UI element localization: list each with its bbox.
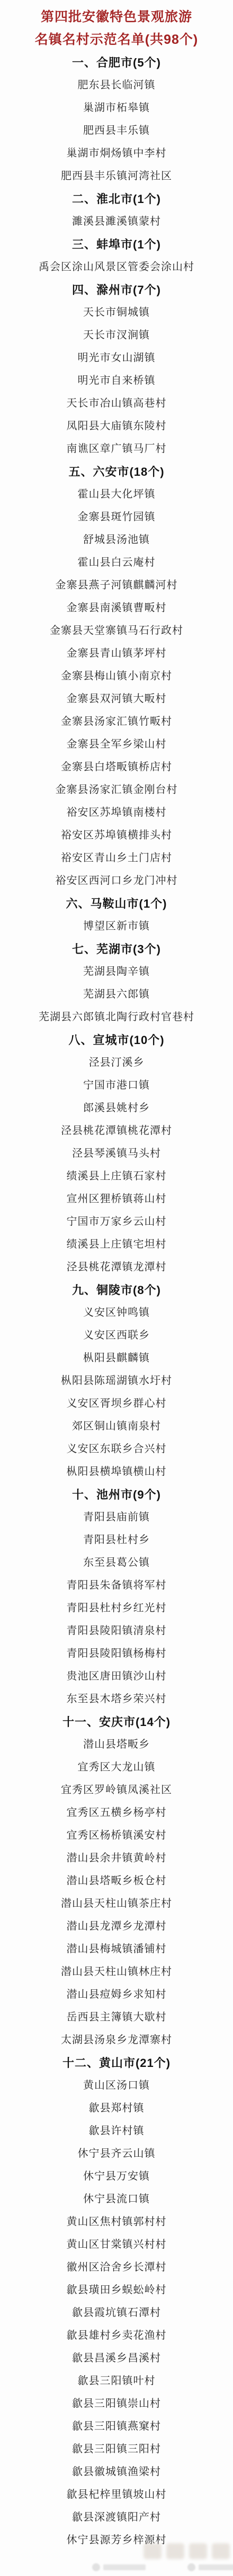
list-item: 天长市汊涧镇 — [0, 324, 233, 347]
list-item: 黄山区甘棠镇兴村村 — [0, 2233, 233, 2256]
list-item: 泾县桃花潭镇桃花潭村 — [0, 1120, 233, 1142]
watermark-glyph — [189, 2543, 207, 2559]
list-item: 金寨县汤家汇镇金刚台村 — [0, 779, 233, 801]
section-header: 六、马鞍山市(1个) — [0, 892, 233, 915]
list-item: 肥东县长临河镇 — [0, 74, 233, 97]
section-header: 二、淮北市(1个) — [0, 188, 233, 210]
list-item: 金寨县双河镇大畈村 — [0, 688, 233, 710]
list-item: 青阳县朱备镇将军村 — [0, 1574, 233, 1597]
section-header: 八、宣城市(10个) — [0, 1029, 233, 1051]
list-item: 潜山县塔畈乡板仓村 — [0, 1870, 233, 1892]
list-item: 泾县琴溪镇马头村 — [0, 1142, 233, 1165]
list-item: 金寨县青山镇茅坪村 — [0, 642, 233, 665]
list-item: 裕安区西河口乡龙门冲村 — [0, 870, 233, 892]
watermark-glyph — [212, 2543, 230, 2559]
list-item: 霍山县白云庵村 — [0, 551, 233, 574]
list-item: 金寨县南溪镇曹畈村 — [0, 597, 233, 620]
list-item: 霍山县大化坪镇 — [0, 483, 233, 506]
list-item: 绩溪县上庄镇宅坦村 — [0, 1233, 233, 1256]
section-header: 九、铜陵市(8个) — [0, 1279, 233, 1301]
section-header: 七、芜湖市(3个) — [0, 938, 233, 961]
list-item: 歙县徽城镇渔梁村 — [0, 2461, 233, 2483]
list-item: 郊区铜山镇南泉村 — [0, 1415, 233, 1438]
section-header: 四、滁州市(7个) — [0, 279, 233, 301]
list-item: 潜山县塔畈乡 — [0, 1733, 233, 1756]
section-header: 三、蚌埠市(1个) — [0, 233, 233, 256]
watermark-right — [187, 2562, 233, 2572]
list-item: 凤阳县大庙镇东陵村 — [0, 415, 233, 438]
list-item: 枞阳县麒麟镇 — [0, 1347, 233, 1370]
list-item: 宜秀区大龙山镇 — [0, 1756, 233, 1779]
list-item: 歙县昌溪乡昌溪村 — [0, 2347, 233, 2370]
list-item: 金寨县白塔畈镇桥店村 — [0, 756, 233, 779]
list-item: 天长市铜城镇 — [0, 301, 233, 324]
section-header: 一、合肥市(5个) — [0, 51, 233, 74]
city-list: 一、合肥市(5个)肥东县长临河镇巢湖市柘皋镇肥西县丰乐镇巢湖市烔炀镇中李村肥西县… — [0, 51, 233, 2552]
announcement-page: 第四批安徽特色景观旅游 名镇名村示范名单(共98个) 一、合肥市(5个)肥东县长… — [0, 0, 233, 2552]
list-item: 歙县许村镇 — [0, 2120, 233, 2143]
page-title-line-1: 第四批安徽特色景观旅游 — [0, 6, 233, 29]
list-item: 东至县葛公镇 — [0, 1552, 233, 1574]
list-item: 郎溪县姚村乡 — [0, 1097, 233, 1120]
list-item: 青阳县杜村乡 — [0, 1529, 233, 1552]
list-item: 宁国市万家乡云山村 — [0, 1211, 233, 1233]
list-item: 黄山区焦村镇郭村村 — [0, 2211, 233, 2233]
list-item: 歙县三阳镇三阳村 — [0, 2438, 233, 2461]
list-item: 金寨县斑竹园镇 — [0, 506, 233, 529]
list-item: 芜湖县六郎镇北陶行政村官巷村 — [0, 1006, 233, 1029]
list-item: 义安区东联乡合兴村 — [0, 1438, 233, 1461]
list-item: 肥西县丰乐镇 — [0, 119, 233, 142]
list-item: 宜秀区罗岭镇凤溪社区 — [0, 1779, 233, 1802]
list-item: 青阳县陵阳镇清泉村 — [0, 1620, 233, 1642]
watermark-text-blur — [199, 2564, 233, 2570]
list-item: 芜湖县陶辛镇 — [0, 961, 233, 983]
list-item: 宁国市港口镇 — [0, 1074, 233, 1097]
list-item: 太湖县汤泉乡龙潭寨村 — [0, 2029, 233, 2052]
list-item: 潜山县龙潭乡龙潭村 — [0, 1915, 233, 1938]
list-item: 义安区西联乡 — [0, 1324, 233, 1347]
list-item: 歙县霞坑镇石潭村 — [0, 2302, 233, 2324]
list-item: 金寨县天堂寨镇马石行政村 — [0, 620, 233, 642]
list-item: 歙县深渡镇阳产村 — [0, 2506, 233, 2529]
watermark-logo-icon — [187, 2563, 195, 2571]
list-item: 贵池区唐田镇沙山村 — [0, 1665, 233, 1688]
watermark-text-blur — [103, 2564, 146, 2570]
page-title: 第四批安徽特色景观旅游 名镇名村示范名单(共98个) — [0, 6, 233, 51]
watermark-glyph — [144, 2543, 162, 2559]
list-item: 宜秀区杨桥镇溪安村 — [0, 1824, 233, 1847]
list-item: 青阳县陵阳镇杨梅村 — [0, 1642, 233, 1665]
section-header: 十一、安庆市(14个) — [0, 1711, 233, 1733]
watermark-logo-icon — [92, 2563, 100, 2571]
list-item: 金寨县汤家汇镇竹畈村 — [0, 710, 233, 733]
list-item: 歙县三阳镇崇山村 — [0, 2393, 233, 2415]
list-item: 裕安区苏埠镇南楼村 — [0, 801, 233, 824]
list-item: 潜山县天柱山镇茶庄村 — [0, 1892, 233, 1915]
list-item: 博望区新市镇 — [0, 915, 233, 938]
list-item: 歙县三阳镇燕窠村 — [0, 2415, 233, 2438]
list-item: 金寨县燕子河镇麒麟河村 — [0, 574, 233, 597]
list-item: 枞阳县陈瑶湖镇水圩村 — [0, 1370, 233, 1392]
page-title-line-2: 名镇名村示范名单(共98个) — [0, 29, 233, 51]
list-item: 明光市自来桥镇 — [0, 370, 233, 392]
list-item: 义安区钟鸣镇 — [0, 1301, 233, 1324]
list-item: 宣州区狸桥镇蒋山村 — [0, 1188, 233, 1211]
list-item: 明光市女山湖镇 — [0, 347, 233, 370]
list-item: 南谯区章广镇马厂村 — [0, 438, 233, 460]
list-item: 潜山县天柱山镇林庄村 — [0, 1961, 233, 1983]
list-item: 岳西县主簿镇大歇村 — [0, 2006, 233, 2029]
watermark-glyph — [166, 2543, 184, 2559]
list-item: 绩溪县上庄镇石家村 — [0, 1165, 233, 1188]
list-item: 歙县雄村乡卖花渔村 — [0, 2324, 233, 2347]
list-item: 天长市冶山镇高巷村 — [0, 392, 233, 415]
list-item: 青阳县杜村乡红光村 — [0, 1597, 233, 1620]
list-item: 潜山县痘姆乡求知村 — [0, 1983, 233, 2006]
list-item: 青阳县庙前镇 — [0, 1506, 233, 1529]
list-item: 潜山县梅城镇潘铺村 — [0, 1938, 233, 1961]
watermark-left — [92, 2562, 146, 2572]
list-item: 休宁县流口镇 — [0, 2188, 233, 2211]
section-header: 十、池州市(9个) — [0, 1483, 233, 1506]
list-item: 歙县杞梓里镇坡山村 — [0, 2483, 233, 2506]
list-item: 裕安区苏埠镇横排头村 — [0, 824, 233, 847]
list-item: 黄山区汤口镇 — [0, 2074, 233, 2097]
list-item: 潜山县余井镇黄岭村 — [0, 1847, 233, 1870]
list-item: 徽州区洽舍乡长潭村 — [0, 2256, 233, 2279]
list-item: 枞阳县横埠镇横山村 — [0, 1461, 233, 1483]
list-item: 休宁县齐云山镇 — [0, 2143, 233, 2165]
list-item: 歙县璜田乡蜈蚣岭村 — [0, 2279, 233, 2302]
list-item: 泾县汀溪乡 — [0, 1051, 233, 1074]
list-item: 歙县郑村镇 — [0, 2097, 233, 2120]
section-header: 五、六安市(18个) — [0, 460, 233, 483]
list-item: 宜秀区五横乡杨亭村 — [0, 1802, 233, 1824]
watermark-large — [137, 2537, 230, 2565]
list-item: 义安区胥坝乡群心村 — [0, 1392, 233, 1415]
list-item: 东至县木塔乡荣兴村 — [0, 1688, 233, 1711]
list-item: 巢湖市烔炀镇中李村 — [0, 142, 233, 165]
list-item: 泾县桃花潭镇龙潭村 — [0, 1256, 233, 1279]
list-item: 肥西县丰乐镇河湾社区 — [0, 165, 233, 188]
list-item: 休宁县万安镇 — [0, 2165, 233, 2188]
list-item: 金寨县梅山镇小南京村 — [0, 665, 233, 688]
list-item: 芜湖县六郎镇 — [0, 983, 233, 1006]
list-item: 巢湖市柘皋镇 — [0, 97, 233, 119]
list-item: 舒城县汤池镇 — [0, 529, 233, 551]
section-header: 十二、黄山市(21个) — [0, 2052, 233, 2074]
list-item: 禹会区涂山风景区管委会涂山村 — [0, 256, 233, 279]
list-item: 歙县三阳镇叶村 — [0, 2370, 233, 2393]
list-item: 金寨县全军乡梁山村 — [0, 733, 233, 756]
list-item: 濉溪县濉溪镇蒙村 — [0, 210, 233, 233]
list-item: 裕安区青山乡土门店村 — [0, 847, 233, 870]
